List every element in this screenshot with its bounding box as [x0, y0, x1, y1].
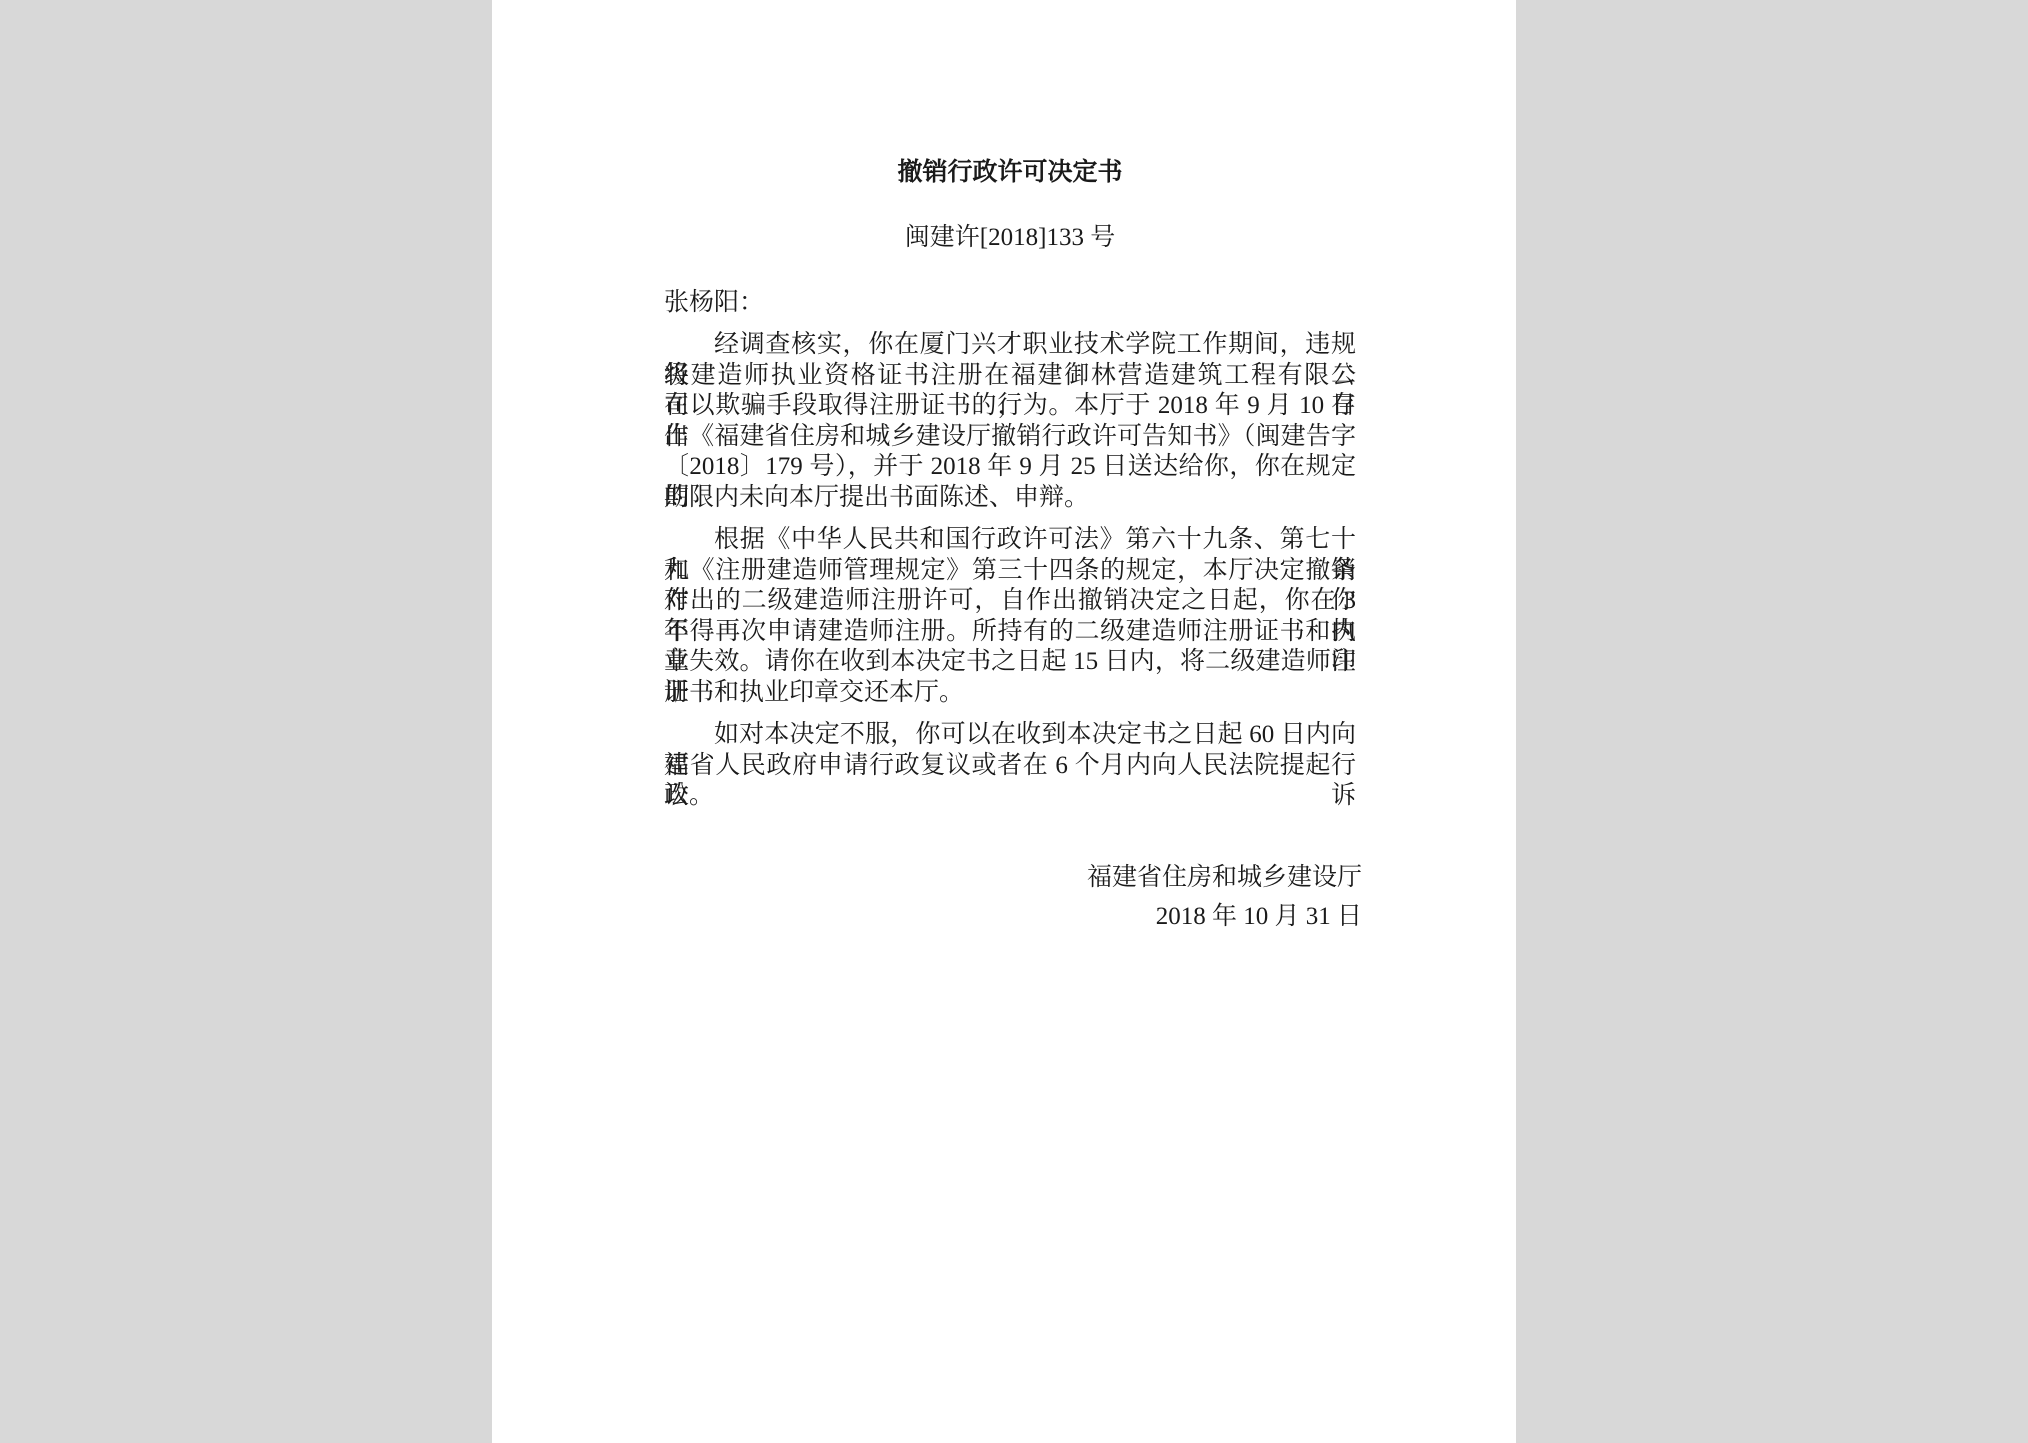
viewer-background: 撤销行政许可决定书 闽建许[2018]133 号 张杨阳： 经调查核实，你在厦门…	[0, 0, 2028, 1443]
body-line: 作出的二级建造师注册许可，自作出撤销决定之日起，你在 3 年内	[664, 586, 1356, 617]
signature-block: 福建省住房和城乡建设厅 2018 年 10 月 31 日	[1087, 862, 1362, 932]
issue-date: 2018 年 10 月 31 日	[1087, 901, 1362, 932]
document-body: 张杨阳： 经调查核实，你在厦门兴才职业技术学院工作期间，违规将二级建造师执业资格…	[664, 287, 1356, 812]
document-page: 撤销行政许可决定书 闽建许[2018]133 号 张杨阳： 经调查核实，你在厦门…	[492, 0, 1516, 1443]
body-line: 章失效。请你在收到本决定书之日起 15 日内，将二级建造师注册	[664, 647, 1356, 678]
body-line: 根据《中华人民共和国行政许可法》第六十九条、第七十九条	[664, 525, 1356, 556]
body-line: 和《注册建造师管理规定》第三十四条的规定，本厅决定撤销对你	[664, 556, 1356, 587]
document-title: 撤销行政许可决定书	[664, 156, 1356, 190]
paragraphs: 经调查核实，你在厦门兴才职业技术学院工作期间，违规将二级建造师执业资格证书注册在…	[664, 330, 1356, 812]
body-line: 如对本决定不服，你可以在收到本决定书之日起 60 日内向福	[664, 720, 1356, 751]
body-line: 在以欺骗手段取得注册证书的行为。本厅于 2018 年 9 月 10 日作	[664, 391, 1356, 422]
body-line: 证书和执业印章交还本厅。	[664, 678, 1356, 709]
body-line: 出《福建省住房和城乡建设厅撤销行政许可告知书》（闽建告字	[664, 422, 1356, 453]
issuer-name: 福建省住房和城乡建设厅	[1087, 862, 1362, 893]
document-number: 闽建许[2018]133 号	[664, 222, 1356, 253]
body-line: 建省人民政府申请行政复议或者在 6 个月内向人民法院提起行政诉	[664, 751, 1356, 782]
body-line: 期限内未向本厅提出书面陈述、申辩。	[664, 483, 1356, 514]
body-line: 级建造师执业资格证书注册在福建御林营造建筑工程有限公司，存	[664, 361, 1356, 392]
recipient-salutation: 张杨阳：	[664, 287, 1356, 318]
body-line: 〔2018〕179 号），并于 2018 年 9 月 25 日送达给你，你在规定…	[664, 452, 1356, 483]
body-line: 不得再次申请建造师注册。所持有的二级建造师注册证书和执业印	[664, 617, 1356, 648]
body-line: 经调查核实，你在厦门兴才职业技术学院工作期间，违规将二	[664, 330, 1356, 361]
